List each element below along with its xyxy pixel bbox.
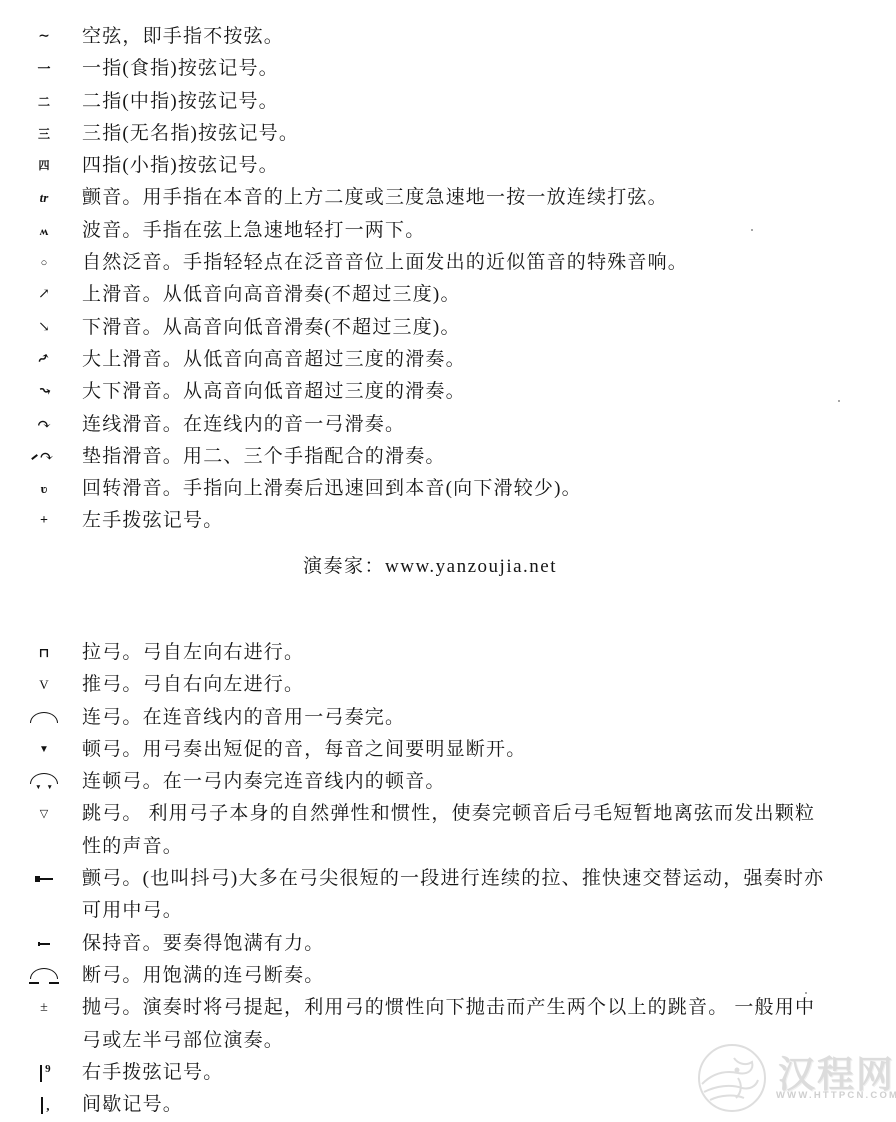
site-url: WWW.HTTPCN.COM xyxy=(776,1090,896,1101)
legend-row: 断弓。用饱满的连弓断奏。 xyxy=(0,960,896,992)
legend-row: 四四指(小指)按弦记号。 xyxy=(0,150,896,182)
right-pizzicato-icon: 9 xyxy=(22,1057,66,1089)
harmonic-icon: ○ xyxy=(22,247,66,279)
legend-text: 回转滑音。手指向上滑奏后迅速回到本音(向下滑较少)。 xyxy=(82,473,896,505)
slide-up-icon: ↗ xyxy=(22,279,66,311)
legend-row: 三三指(无名指)按弦记号。 xyxy=(0,118,896,150)
scan-speck xyxy=(805,992,807,994)
trill-icon: tr xyxy=(22,182,66,214)
site-watermark: 汉程网 WWW.HTTPCN.COM xyxy=(690,1038,896,1118)
legend-row: ↷连线滑音。在连线内的音一弓滑奏。 xyxy=(0,409,896,441)
return-slide-icon: ʋ xyxy=(22,473,66,505)
legend-row: ʋ回转滑音。手指向上滑奏后迅速回到本音(向下滑较少)。 xyxy=(0,473,896,505)
legend-row: 二二指(中指)按弦记号。 xyxy=(0,86,896,118)
legend-row: ↝大下滑音。从高音向低音超过三度的滑奏。 xyxy=(0,376,896,408)
left-pizzicato-icon: + xyxy=(22,505,66,537)
legend-text: 保持音。要奏得饱满有力。 xyxy=(82,928,896,960)
legend-text: 波音。手指在弦上急速地轻打一两下。 xyxy=(82,215,896,247)
scanned-page: ∼空弦，即手指不按弦。一一指(食指)按弦记号。二二指(中指)按弦记号。三三指(无… xyxy=(0,0,896,1122)
credit-line: 演奏家：www.yanzoujia.net xyxy=(0,551,860,583)
rest-mark-icon: , xyxy=(22,1089,66,1121)
cushioned-slide-icon: ↷ xyxy=(22,441,66,473)
push-bow-icon: V xyxy=(22,669,66,701)
legend-text: 下滑音。从高音向低音滑奏(不超过三度)。 xyxy=(82,312,896,344)
legend-text: 大下滑音。从高音向低音超过三度的滑奏。 xyxy=(82,376,896,408)
tenuto-icon xyxy=(22,928,66,960)
open-string-icon: ∼ xyxy=(22,21,66,53)
legend-text: 断弓。用饱满的连弓断奏。 xyxy=(82,960,896,992)
legend-text: 跳弓。 利用弓子本身的自然弹性和惯性，使奏完顿音后弓毛短暂地离弦而发出颗粒性的声… xyxy=(82,798,896,863)
legend-row: ʍ波音。手指在弦上急速地轻打一两下。 xyxy=(0,215,896,247)
legend-row: 颤弓。(也叫抖弓)大多在弓尖很短的一段进行连续的拉、推快速交替运动，强奏时亦可用… xyxy=(0,863,896,928)
site-logo-icon xyxy=(690,1040,776,1116)
legend-text: 连线滑音。在连线内的音一弓滑奏。 xyxy=(82,409,896,441)
slur-bow-icon xyxy=(22,702,66,734)
legend-text: 一指(食指)按弦记号。 xyxy=(82,53,896,85)
legend-row: ∼空弦，即手指不按弦。 xyxy=(0,21,896,53)
legend-row: 一一指(食指)按弦记号。 xyxy=(0,53,896,85)
legend-row: tr颤音。用手指在本音的上方二度或三度急速地一按一放连续打弦。 xyxy=(0,182,896,214)
legend-text: 顿弓。用弓奏出短促的音，每音之间要明显断开。 xyxy=(82,734,896,766)
scan-speck xyxy=(838,400,840,402)
staccato-bow-icon: ▼ xyxy=(22,734,66,766)
legend-text: 三指(无名指)按弦记号。 xyxy=(82,118,896,150)
legend-row: 连弓。在连音线内的音用一弓奏完。 xyxy=(0,702,896,734)
scan-speck xyxy=(751,229,753,231)
thrown-bow-icon: ± xyxy=(22,992,66,1024)
legend-row: ↝大上滑音。从低音向高音超过三度的滑奏。 xyxy=(0,344,896,376)
legend-row: ▼▼连顿弓。在一弓内奏完连音线内的顿音。 xyxy=(0,766,896,798)
legend-row: ↗上滑音。从低音向高音滑奏(不超过三度)。 xyxy=(0,279,896,311)
slide-down-icon: ↘ xyxy=(22,312,66,344)
big-slide-down-icon: ↝ xyxy=(22,376,66,408)
legend-text: 连弓。在连音线内的音用一弓奏完。 xyxy=(82,702,896,734)
legend-row: +左手拨弦记号。 xyxy=(0,505,896,537)
tremolo-bow-icon xyxy=(22,863,66,895)
legend-text: 颤音。用手指在本音的上方二度或三度急速地一按一放连续打弦。 xyxy=(82,182,896,214)
slur-slide-icon: ↷ xyxy=(22,409,66,441)
legend-text: 四指(小指)按弦记号。 xyxy=(82,150,896,182)
legend-text: 垫指滑音。用二、三个手指配合的滑奏。 xyxy=(82,441,896,473)
scan-speck xyxy=(132,906,134,908)
spiccato-bow-icon: ▽ xyxy=(22,798,66,830)
finger-3-icon: 三 xyxy=(22,118,66,150)
big-slide-up-icon: ↝ xyxy=(22,344,66,376)
legend-row: ▽跳弓。 利用弓子本身的自然弹性和惯性，使奏完顿音后弓毛短暂地离弦而发出颗粒性的… xyxy=(0,798,896,863)
legend-text: 颤弓。(也叫抖弓)大多在弓尖很短的一段进行连续的拉、推快速交替运动，强奏时亦可用… xyxy=(82,863,896,928)
legend-text: 推弓。弓自右向左进行。 xyxy=(82,669,896,701)
legend-row: ⊓拉弓。弓自左向右进行。 xyxy=(0,637,896,669)
legend-text: 左手拨弦记号。 xyxy=(82,505,896,537)
legend-text: 拉弓。弓自左向右进行。 xyxy=(82,637,896,669)
left-hand-symbols-list: ∼空弦，即手指不按弦。一一指(食指)按弦记号。二二指(中指)按弦记号。三三指(无… xyxy=(0,21,896,538)
legend-row: 保持音。要奏得饱满有力。 xyxy=(0,928,896,960)
legend-row: V推弓。弓自右向左进行。 xyxy=(0,669,896,701)
legend-row: ↘下滑音。从高音向低音滑奏(不超过三度)。 xyxy=(0,312,896,344)
finger-4-icon: 四 xyxy=(22,150,66,182)
legend-text: 上滑音。从低音向高音滑奏(不超过三度)。 xyxy=(82,279,896,311)
legend-text: 连顿弓。在一弓内奏完连音线内的顿音。 xyxy=(82,766,896,798)
finger-1-icon: 一 xyxy=(22,53,66,85)
legend-text: 二指(中指)按弦记号。 xyxy=(82,86,896,118)
legend-text: 空弦，即手指不按弦。 xyxy=(82,21,896,53)
slurred-staccato-icon: ▼▼ xyxy=(22,766,66,798)
pull-bow-icon: ⊓ xyxy=(22,637,66,669)
legend-text: 大上滑音。从低音向高音超过三度的滑奏。 xyxy=(82,344,896,376)
legend-text: 自然泛音。手指轻轻点在泛音音位上面发出的近似笛音的特殊音响。 xyxy=(82,247,896,279)
legend-row: ↷垫指滑音。用二、三个手指配合的滑奏。 xyxy=(0,441,896,473)
legend-row: ○自然泛音。手指轻轻点在泛音音位上面发出的近似笛音的特殊音响。 xyxy=(0,247,896,279)
mordent-icon: ʍ xyxy=(22,215,66,247)
legend-row: ▼顿弓。用弓奏出短促的音，每音之间要明显断开。 xyxy=(0,734,896,766)
detache-bow-icon xyxy=(22,960,66,992)
finger-2-icon: 二 xyxy=(22,86,66,118)
